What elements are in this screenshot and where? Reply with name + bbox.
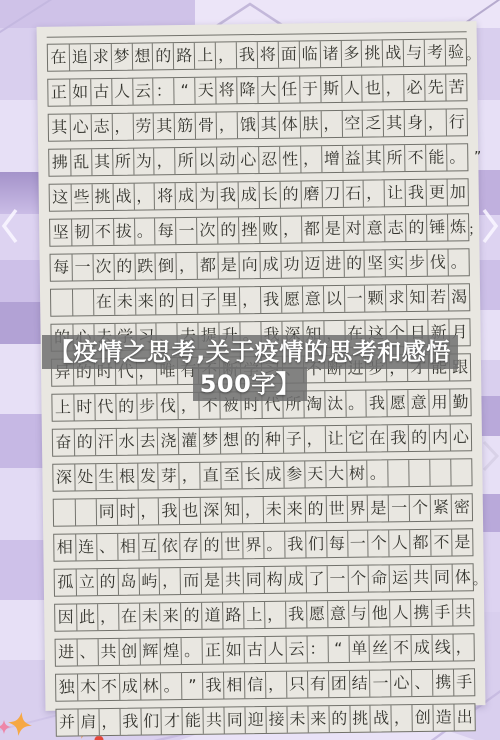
essay-cell: 灌: [178, 428, 199, 454]
essay-cell: 不: [390, 635, 411, 661]
essay-cell: ，: [216, 112, 237, 138]
essay-cell: 深: [53, 464, 74, 490]
essay-cell: 步: [406, 250, 427, 276]
essay-cell: 空: [341, 111, 362, 137]
essay-cell: 若: [427, 285, 448, 311]
essay-cell: 它: [345, 426, 366, 452]
essay-cell: ，: [215, 42, 236, 68]
essay-cell: 一: [344, 286, 365, 312]
essay-cell: 一: [369, 670, 390, 696]
essay-cell: 共: [222, 567, 243, 593]
essay-cell: 生: [95, 464, 116, 490]
essay-cell: 能: [182, 708, 203, 734]
essay-cell: 他: [369, 600, 390, 626]
essay-cell: 的: [241, 427, 262, 453]
essay-cell: 煌: [160, 638, 181, 664]
essay-cell: 。: [446, 144, 467, 170]
essay-cell: 的: [343, 251, 364, 277]
essay-cell: [388, 460, 409, 486]
essay-cell: 知: [221, 497, 242, 523]
essay-cell: 一: [175, 218, 196, 244]
essay-cell: 我: [202, 673, 223, 699]
essay-cell: 的: [328, 706, 349, 732]
essay-cell: 子: [283, 426, 304, 452]
essay-cell: 成: [285, 566, 306, 592]
essay-cell: [409, 460, 430, 486]
essay-cell: 必: [404, 75, 425, 101]
essay-cell: 的: [113, 254, 134, 280]
essay-cell: 苦: [445, 74, 466, 100]
essay-cell: 们: [305, 531, 326, 557]
essay-cell: 一: [347, 531, 368, 557]
essay-cell: [72, 289, 93, 315]
essay-cell: 我: [158, 498, 179, 524]
essay-cell: 奋: [53, 429, 74, 455]
essay-cell: 深: [200, 498, 221, 524]
essay-cell: 不: [98, 674, 119, 700]
essay-cell: 韧: [71, 219, 92, 245]
essay-cell: 行: [446, 109, 467, 135]
essay-cell: ，: [264, 602, 285, 628]
essay-cell: 拂: [49, 149, 70, 175]
essay-cell: 以: [195, 148, 216, 174]
essay-cell: 大: [325, 461, 346, 487]
essay-cell: 立: [76, 569, 97, 595]
essay-cell: 独: [56, 674, 77, 700]
essay-cell: 跌: [134, 253, 155, 279]
essay-cell: 知: [406, 285, 427, 311]
essay-cell: 也: [179, 498, 200, 524]
essay-cell: 渴: [448, 284, 469, 310]
essay-cell: 将: [215, 77, 236, 103]
essay-cell: 求: [90, 44, 111, 70]
essay-cell: 丝: [369, 635, 390, 661]
essay-row: 深处生根发芽，直至长成参天大树。: [52, 458, 472, 491]
essay-cell: 战: [370, 705, 391, 731]
essay-cell: 未: [114, 289, 135, 315]
essay-cell: ，: [179, 463, 200, 489]
essay-cell: 结: [349, 671, 370, 697]
essay-cell: 个: [347, 566, 368, 592]
essay-cell: 其: [91, 149, 112, 175]
essay-row: 同时，我也深知，未来的世界是一个紧密: [53, 493, 473, 526]
essay-cell: 相: [54, 534, 75, 560]
essay-cell: 在: [48, 44, 69, 70]
essay-cell: 将: [257, 42, 278, 68]
essay-cell: 路: [222, 602, 243, 628]
essay-cell: 、: [96, 534, 117, 560]
essay-cell: 挑: [361, 40, 382, 66]
essay-cell: 此: [76, 604, 97, 630]
essay-cell: 都: [409, 530, 430, 556]
essay-cell: 根: [116, 464, 137, 490]
essay-cell: 如: [223, 637, 244, 663]
essay-cell: 意: [327, 601, 348, 627]
essay-cell: 处: [74, 464, 95, 490]
essay-cell: 梦: [110, 44, 131, 70]
essay-cell: 木: [77, 674, 98, 700]
essay-cell: 水: [115, 429, 136, 455]
overflow-punctuation: 。: [466, 44, 480, 64]
essay-cell: 其: [383, 110, 404, 136]
essay-cell: 功: [280, 251, 301, 277]
paper-header-rule: [47, 31, 467, 37]
essay-cell: 是: [201, 568, 222, 594]
essay-cell: 所: [384, 145, 405, 171]
essay-cell: 造: [433, 705, 454, 731]
essay-row: 在追求梦想的路上，我将面临诸多挑战与考验。: [47, 38, 467, 71]
essay-cell: 意: [364, 215, 385, 241]
essay-cell: 世: [325, 496, 346, 522]
essay-cell: 里: [218, 287, 239, 313]
essay-cell: 战: [382, 40, 403, 66]
essay-cell: 刀: [321, 181, 342, 207]
essay-cell: 每: [155, 218, 176, 244]
essay-cell: 我: [217, 182, 238, 208]
essay-cell: 浇: [157, 428, 178, 454]
essay-cell: 在: [93, 289, 114, 315]
essay-row: 正如古人云：“天将降大任于斯人也，必先苦: [47, 73, 467, 106]
essay-cell: 孤: [55, 569, 76, 595]
essay-row: 孤立的岛屿，而是共同构成了一个命运共同体。: [54, 563, 474, 596]
essay-cell: 树: [346, 461, 367, 487]
essay-cell: 败: [259, 217, 280, 243]
essay-cell: 未: [263, 497, 284, 523]
essay-cell: 因: [55, 604, 76, 630]
essay-cell: 心: [237, 147, 258, 173]
essay-cell: 成: [119, 674, 140, 700]
essay-cell: 存: [180, 533, 201, 559]
essay-row: 坚韧不拔。每一次的挫败，都是对意志的锤炼；: [49, 213, 469, 246]
essay-cell: 其: [49, 114, 70, 140]
essay-cell: 的: [155, 288, 176, 314]
essay-cell: 信: [244, 672, 265, 698]
essay-cell: 体: [452, 564, 473, 590]
essay-cell: 密: [451, 494, 472, 520]
essay-cell: 长: [259, 182, 280, 208]
essay-cell: 与: [403, 40, 424, 66]
essay-cell: 饿: [237, 112, 258, 138]
overflow-punctuation: ”: [474, 149, 481, 165]
essay-cell: 依: [159, 533, 180, 559]
essay-cell: 道: [201, 603, 222, 629]
essay-cell: 同: [243, 567, 264, 593]
essay-cell: 临: [299, 41, 320, 67]
essay-cell: ，: [98, 709, 119, 735]
essay-cell: 同: [431, 565, 452, 591]
essay-cell: 肩: [77, 709, 98, 735]
essay-cell: 其: [363, 145, 384, 171]
essay-cell: ，: [159, 568, 180, 594]
essay-cell: 身: [404, 110, 425, 136]
essay-cell: 的: [279, 181, 300, 207]
essay-cell: 的: [408, 425, 429, 451]
essay-cell: 团: [328, 671, 349, 697]
essay-cell: 接: [265, 707, 286, 733]
essay-row: 相连、相互依存的世界。我们每一个人都不是: [53, 528, 473, 561]
essay-cell: 的: [217, 217, 238, 243]
essay-cell: 其: [258, 112, 279, 138]
essay-row: 拂乱其所为，所以动心忍性，增益其所不能。”: [48, 143, 468, 176]
essay-cell: 其: [153, 113, 174, 139]
essay-cell: 共: [203, 708, 224, 734]
essay-cell: 为: [196, 183, 217, 209]
essay-cell: 携: [432, 670, 453, 696]
essay-cell: 、: [76, 639, 97, 665]
essay-cell: 想: [131, 43, 152, 69]
essay-cell: 相: [223, 672, 244, 698]
essay-cell: 挫: [238, 217, 259, 243]
essay-cell: ，: [239, 287, 260, 313]
essay-cell: 个: [368, 530, 389, 556]
essay-row: 因此，在未来的道路上，我愿意与他人携手共: [54, 598, 474, 631]
essay-cell: 愿: [281, 286, 302, 312]
essay-cell: 去: [136, 428, 157, 454]
essay-row: 每一次的跌倒，都是向成功迈进的坚实步伐。: [50, 248, 470, 281]
essay-cell: 肤: [299, 111, 320, 137]
essay-cell: 不: [404, 145, 425, 171]
essay-cell: 们: [140, 708, 161, 734]
essay-cell: [429, 460, 450, 486]
essay-cell: 考: [424, 40, 445, 66]
essay-cell: ，: [320, 111, 341, 137]
essay-cell: 上: [194, 43, 215, 69]
essay-cell: 所: [112, 149, 133, 175]
essay-cell: 伐: [427, 250, 448, 276]
essay-cell: 而: [180, 568, 201, 594]
essay-cell: 至: [220, 462, 241, 488]
essay-cell: 能: [425, 145, 446, 171]
essay-cell: “: [174, 78, 195, 104]
essay-cell: 我: [405, 180, 426, 206]
essay-cell: 为: [133, 148, 154, 174]
essay-cell: 大: [257, 77, 278, 103]
essay-cell: 在: [366, 425, 387, 451]
essay-cell: [75, 499, 96, 525]
essay-cell: 手: [431, 600, 452, 626]
essay-cell: 云: [132, 78, 153, 104]
essay-cell: 乏: [362, 110, 383, 136]
essay-cell: 想: [220, 427, 241, 453]
essay-cell: 、: [411, 670, 432, 696]
essay-cell: 坚: [50, 219, 71, 245]
essay-cell: ，: [453, 634, 474, 660]
essay-cell: 降: [236, 77, 257, 103]
essay-cell: 日: [176, 288, 197, 314]
essay-cell: 直: [200, 463, 221, 489]
essay-cell: 成: [175, 183, 196, 209]
essay-cell: 的: [74, 429, 95, 455]
essay-cell: 我: [236, 42, 257, 68]
essay-cell: 让: [384, 180, 405, 206]
essay-cell: 倒: [155, 253, 176, 279]
essay-cell: 并: [56, 709, 77, 735]
essay-cell: 参: [283, 461, 304, 487]
essay-cell: 了: [305, 566, 326, 592]
essay-cell: 发: [137, 463, 158, 489]
essay-cell: 有: [307, 671, 328, 697]
essay-cell: 进: [56, 639, 77, 665]
essay-cell: 同: [224, 707, 245, 733]
essay-cell: 将: [154, 183, 175, 209]
essay-cell: ，: [133, 183, 154, 209]
essay-cell: 连: [75, 534, 96, 560]
essay-cell: 意: [302, 286, 323, 312]
essay-cell: ：: [306, 636, 327, 662]
essay-cell: 屿: [138, 568, 159, 594]
essay-cell: 都: [197, 253, 218, 279]
essay-cell: ，: [176, 253, 197, 279]
essay-cell: 正: [202, 638, 223, 664]
essay-cell: 构: [264, 567, 285, 593]
essay-cell: 心: [70, 114, 91, 140]
essay-cell: 子: [197, 288, 218, 314]
essay-cell: “: [327, 636, 348, 662]
essay-cell: 一: [326, 566, 347, 592]
essay-row: 奋的汗水去浇灌梦想的种子，让它在我的内心: [52, 423, 472, 456]
essay-cell: 迎: [245, 707, 266, 733]
essay-cell: 来: [160, 603, 181, 629]
essay-cell: 芽: [158, 463, 179, 489]
essay-cell: 天: [304, 461, 325, 487]
essay-cell: 手: [453, 669, 474, 695]
essay-cell: 体: [279, 111, 300, 137]
essay-cell: 未: [139, 603, 160, 629]
essay-cell: 锤: [426, 215, 447, 241]
essay-cell: 人: [265, 637, 286, 663]
essay-cell: ”: [181, 673, 202, 699]
essay-cell: ，: [383, 75, 404, 101]
essay-cell: 上: [243, 602, 264, 628]
essay-cell: 次: [196, 218, 217, 244]
essay-cell: ，: [280, 216, 301, 242]
essay-cell: 坚: [364, 250, 385, 276]
overlay-title-line2: 500字】: [193, 367, 308, 401]
essay-cell: 这: [50, 184, 71, 210]
essay-cell: 心: [450, 424, 471, 450]
essay-cell: ，: [363, 180, 384, 206]
essay-cell: 增: [321, 146, 342, 172]
essay-cell: 成: [259, 252, 280, 278]
essay-cell: 挑: [91, 184, 112, 210]
essay-cell: 我: [284, 531, 305, 557]
essay-cell: 长: [241, 462, 262, 488]
essay-row: 这些挑战，将成为我成长的磨刀石，让我更加: [49, 178, 469, 211]
page: 在追求梦想的路上，我将面临诸多挑战与考验。正如古人云：“天将降大任于斯人也，必先…: [0, 0, 500, 740]
essay-cell: 颗: [364, 285, 385, 311]
essay-cell: 人: [111, 79, 132, 105]
essay-cell: 只: [286, 671, 307, 697]
essay-cell: 如: [69, 79, 90, 105]
essay-cell: 相: [117, 534, 138, 560]
essay-cell: 林: [140, 673, 161, 699]
essay-cell: 我: [387, 425, 408, 451]
essay-cell: 与: [348, 601, 369, 627]
essay-cell: 不: [92, 219, 113, 245]
essay-cell: 乱: [70, 149, 91, 175]
essay-cell: 云: [285, 636, 306, 662]
essay-cell: ：: [153, 78, 174, 104]
essay-cell: 。: [448, 249, 469, 275]
essay-cell: 些: [70, 184, 91, 210]
essay-cell: 成: [238, 182, 259, 208]
essay-cell: 愿: [306, 601, 327, 627]
essay-cell: 磨: [300, 181, 321, 207]
essay-cell: 人: [341, 76, 362, 102]
essay-cell: 古: [90, 79, 111, 105]
essay-row: 独木不成林。”我相信，只有团结一心、携手: [55, 668, 475, 701]
essay-cell: 的: [96, 569, 117, 595]
essay-cell: ，: [97, 604, 118, 630]
essay-cell: 一: [71, 254, 92, 280]
essay-cell: 来: [284, 496, 305, 522]
essay-cell: 不: [430, 530, 451, 556]
overlay-title-line1: 【疫情之思考,关于疫情的思考和感悟: [42, 335, 458, 369]
essay-cell: 也: [362, 75, 383, 101]
essay-cell: 验: [445, 39, 466, 65]
essay-cell: 筋: [174, 113, 195, 139]
essay-cell: 每: [51, 254, 72, 280]
essay-cell: 先: [424, 75, 445, 101]
essay-cell: 都: [301, 216, 322, 242]
essay-cell: 于: [299, 76, 320, 102]
essay-cell: 来: [307, 706, 328, 732]
essay-cell: 让: [324, 426, 345, 452]
essay-cell: 互: [138, 533, 159, 559]
essay-cell: 出: [454, 704, 475, 730]
essay-cell: 我: [119, 709, 140, 735]
essay-cell: 人: [389, 600, 410, 626]
essay-cell: 线: [432, 635, 453, 661]
essay-cell: 是: [451, 529, 472, 555]
essay-cell: 每: [326, 531, 347, 557]
essay-cell: 的: [200, 533, 221, 559]
essay-cell: 加: [447, 179, 468, 205]
essay-cell: 以: [323, 286, 344, 312]
essay-cell: 动: [216, 147, 237, 173]
essay-cell: [450, 459, 471, 485]
essay-cell: [51, 289, 72, 315]
essay-cell: 共: [97, 639, 118, 665]
essay-cell: 人: [389, 530, 410, 556]
essay-cell: 。: [263, 532, 284, 558]
essay-cell: 在: [118, 604, 139, 630]
essay-cell: 。: [160, 673, 181, 699]
essay-cell: 界: [242, 532, 263, 558]
essay-cell: ，: [137, 498, 158, 524]
essay-cell: [54, 499, 75, 525]
essay-cell: 益: [342, 146, 363, 172]
essay-cell: 天: [195, 78, 216, 104]
essay-cell: 。: [134, 218, 155, 244]
essay-cell: 来: [135, 288, 156, 314]
essay-cell: 斯: [320, 76, 341, 102]
essay-row: 在未来的日子里，我愿意以一颗求知若渴: [50, 283, 470, 316]
essay-cell: 。: [181, 638, 202, 664]
overflow-punctuation: 。: [473, 569, 487, 589]
essay-cell: 成: [411, 635, 432, 661]
essay-cell: 内: [429, 425, 450, 451]
essay-cell: ，: [111, 114, 132, 140]
essay-cell: 迈: [301, 251, 322, 277]
essay-cell: 忍: [258, 147, 279, 173]
essay-cell: 劳: [132, 113, 153, 139]
essay-cell: 才: [161, 708, 182, 734]
essay-cell: 创: [412, 705, 433, 731]
essay-cell: 炼: [447, 214, 468, 240]
essay-row: 并肩，我们才能共同迎接未来的挑战，创造出: [55, 703, 475, 736]
essay-cell: 我: [260, 287, 281, 313]
